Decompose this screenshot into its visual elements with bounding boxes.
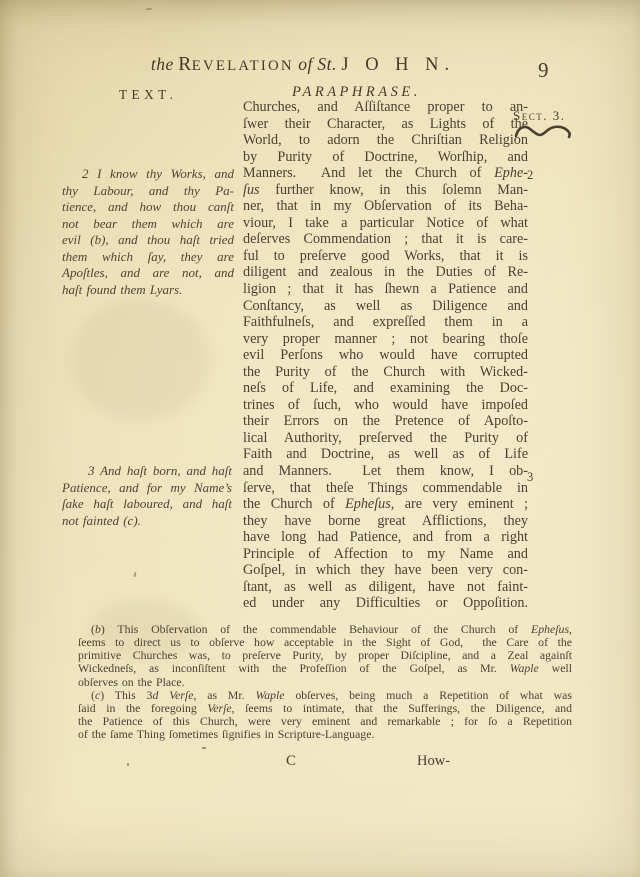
text-line: of the ſame Thing ſometimes ſignifies in… — [78, 728, 572, 741]
text-line: have long had Patience, and from a right — [243, 529, 528, 546]
paper-blotch — [70, 300, 210, 420]
text-line: ſerve, that theſe Things commendable in — [243, 480, 528, 497]
catchword: How- — [417, 753, 450, 770]
text-line: very proper manner ; not bearing thoſe — [243, 331, 528, 348]
running-title-john: J O H N. — [341, 55, 455, 75]
paper-blotch — [90, 600, 200, 660]
text-line: the Church of Epheſus, are very eminent … — [243, 496, 528, 513]
text-line: trines of ſuch, who would have impoſed — [243, 397, 528, 414]
text-line: Manners. And let the Church of Ephe- — [243, 165, 528, 182]
running-title-initial: R — [178, 54, 192, 75]
text-line: Faithfulneſs, and expreſſed them in a — [243, 314, 528, 331]
text-line: the Purity of the Church with Wicked- — [243, 364, 528, 381]
text-line: ſake haſt laboured, and haſt — [62, 496, 232, 513]
page-number: 9 — [538, 58, 549, 83]
ink-speck — [202, 747, 206, 749]
text-line: not bear them which are — [62, 216, 234, 233]
text-line: Conſtancy, as well as Diligence and — [243, 298, 528, 315]
ink-speck — [146, 8, 152, 10]
text-line: Faith and Doctrine, as well as of Life — [243, 446, 528, 463]
text-line: Principle of Affection to my Name and — [243, 546, 528, 563]
margin-verse-number-3: 3 — [527, 470, 533, 485]
text-line: thy Labour, and thy Pa- — [62, 183, 234, 200]
text-line: evil (b), and thou haſt tried — [62, 232, 234, 249]
text-line: haſt found them Lyars. — [62, 282, 234, 299]
text-line: ſus further know, in this ſolemn Man- — [243, 182, 528, 199]
verse-2-text: 2 I know thy Works, andthy Labour, and t… — [62, 166, 234, 298]
margin-verse-number-2: 2 — [527, 168, 533, 183]
text-line: deſerves Commendation ; that it is care- — [243, 231, 528, 248]
text-line: ed under any Difficulties or Oppoſition. — [243, 595, 528, 612]
running-title: the REVELATION of St. J O H N. — [0, 54, 606, 76]
text-line: tience, and how thou canſt — [62, 199, 234, 216]
text-line: 2 I know thy Works, and — [62, 166, 234, 183]
text-line: ſwer their Character, as Lights of the — [243, 116, 528, 133]
text-line: diligent and zealous in the Duties of Re… — [243, 264, 528, 281]
text-line: Goſpel, in which they have been very con… — [243, 562, 528, 579]
running-title-the: the — [151, 54, 174, 74]
text-line: neſs of Life, and examining the Doc- — [243, 380, 528, 397]
text-line: by Purity of Doctrine, Worſhip, and — [243, 149, 528, 166]
ink-speck — [134, 572, 137, 577]
ink-speck — [127, 763, 129, 766]
text-line: them which ſay, they are — [62, 249, 234, 266]
book-page: the REVELATION of St. J O H N. 9 TEXT. P… — [0, 0, 640, 877]
paraphrase-text: Churches, and Aſſiſtance proper to an-ſw… — [243, 99, 528, 612]
signature-mark: C — [286, 753, 296, 770]
text-line: they have borne great Afflictions, they — [243, 513, 528, 530]
text-line: evil Perſons who would have corrupted — [243, 347, 528, 364]
text-line: 3 And haſt born, and haſt — [62, 463, 232, 480]
text-line: and Manners. Let them know, I ob- — [243, 463, 528, 480]
text-line: lical Authority, preſerved the Purity of — [243, 430, 528, 447]
text-line: not fainted (c). — [62, 513, 232, 530]
text-line: ner, that in my Obſervation of its Beha- — [243, 198, 528, 215]
text-line: ful to preſerve good Works, that it is — [243, 248, 528, 265]
text-line: their Errors on the Pretence of Apoſto- — [243, 413, 528, 430]
text-line: Apoſtles, and are not, and — [62, 265, 234, 282]
text-column-heading: TEXT. — [119, 87, 178, 103]
text-line: Patience, and for my Name’s — [62, 480, 232, 497]
verse-3-text: 3 And haſt born, and haſtPatience, and f… — [62, 463, 232, 529]
text-line: viour, I take a particular Notice of wha… — [243, 215, 528, 232]
running-title-st: St. — [317, 54, 337, 74]
text-line: Churches, and Aſſiſtance proper to an- — [243, 99, 528, 116]
running-title-revelation: EVELATION — [192, 58, 294, 74]
text-line: ſtant, as well as diligent, have not fai… — [243, 579, 528, 596]
running-title-of: of — [298, 54, 313, 74]
text-line: ligion ; that it has ſhewn a Patience an… — [243, 281, 528, 298]
footnote-c: (c) This 3d Verſe, as Mr. Waple obſerves… — [78, 689, 572, 742]
text-line: World, to adorn the Chriſtian Religion — [243, 132, 528, 149]
